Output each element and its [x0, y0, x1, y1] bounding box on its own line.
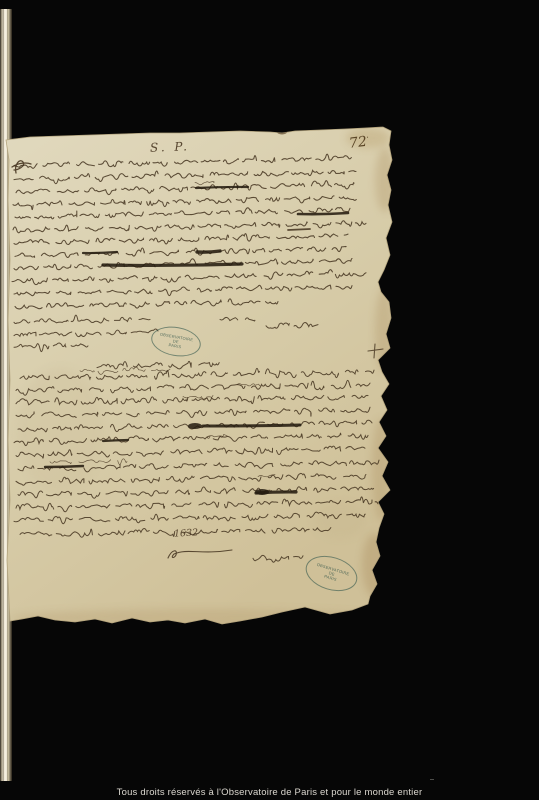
handwriting-stroke	[203, 425, 300, 426]
handwriting-stroke	[103, 440, 128, 441]
folio-number: 72·	[348, 133, 370, 152]
salutation-text: S. P.	[150, 139, 190, 154]
handwriting-stroke	[45, 466, 83, 467]
dust-speck	[430, 779, 434, 780]
archive-scan-viewport: S. P. 72· 1632 OBSERVATOIRE DE PARIS OBS…	[0, 0, 539, 800]
manuscript-photo	[0, 0, 539, 800]
stamp-line-3: PARIS	[168, 343, 182, 350]
observatoire-stamp-text: OBSERVATOIRE DE PARIS	[313, 562, 349, 585]
observatoire-stamp-text: OBSERVATOIRE DE PARIS	[158, 332, 194, 351]
handwriting-stroke	[288, 229, 310, 230]
ink-blot	[188, 423, 202, 429]
handwriting-stroke	[298, 213, 348, 214]
handwriting-stroke	[83, 252, 117, 253]
folio-number-value: 72	[348, 134, 368, 152]
ink-blot	[255, 489, 269, 495]
stamp-line-3: PARIS	[323, 574, 337, 582]
handwriting-stroke	[196, 187, 248, 188]
date-year-fragment: 1632	[174, 527, 199, 539]
handwriting-stroke	[197, 251, 220, 252]
handwriting-stroke	[103, 264, 242, 265]
copyright-caption: Tous droits réservés à l'Observatoire de…	[0, 787, 539, 798]
